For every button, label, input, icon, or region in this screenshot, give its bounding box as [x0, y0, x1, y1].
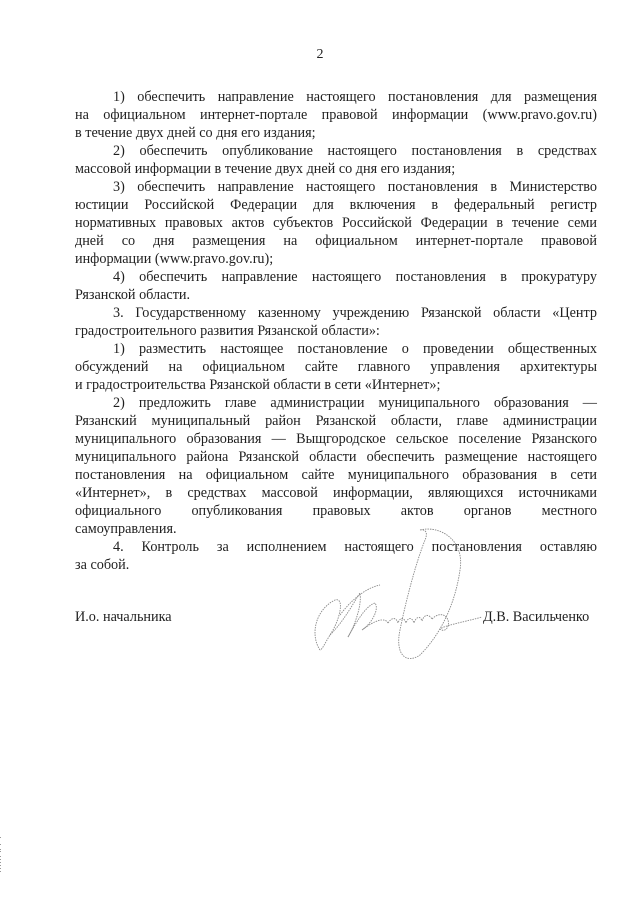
body-line: 3. Государственному казенному учреждению…	[113, 304, 597, 322]
body-line: 1) разместить настоящее постановление о …	[113, 340, 597, 358]
body-line: на официальном интернет-портале правовой…	[75, 106, 597, 124]
signatory-name: Д.В. Васильченко	[483, 608, 589, 626]
scan-artifact-marks	[0, 835, 2, 885]
body-line: Рязанской области.	[75, 286, 597, 304]
body-line: 1) обеспечить направление настоящего пос…	[113, 88, 597, 106]
body-line: массовой информации в течение двух дней …	[75, 160, 597, 178]
body-line: юстиции Российской Федерации для включен…	[75, 196, 597, 214]
body-line: и градостроительства Рязанской области в…	[75, 376, 597, 394]
body-line: 4) обеспечить направление настоящего пос…	[113, 268, 597, 286]
body-line: обсуждений на официальном сайте главного…	[75, 358, 597, 376]
body-line: информации (www.pravo.gov.ru);	[75, 250, 597, 268]
body-line: постановления на официальном сайте муниц…	[75, 466, 597, 484]
body-line: «Интернет», в средствах массовой информа…	[75, 484, 597, 502]
body-line: дней со дня размещения на официальном ин…	[75, 232, 597, 250]
signatory-title: И.о. начальника	[75, 608, 172, 626]
body-line: нормативных правовых актов субъектов Рос…	[75, 214, 597, 232]
body-line: градостроительного развития Рязанской об…	[75, 322, 597, 340]
body-line: 2) обеспечить опубликование настоящего п…	[113, 142, 597, 160]
page-number: 2	[0, 47, 640, 63]
body-line: в течение двух дней со дня его издания;	[75, 124, 597, 142]
body-line: муниципального образования — Выщгородско…	[75, 430, 597, 448]
body-line: Рязанский муниципальный район Рязанской …	[75, 412, 597, 430]
body-line: официального опубликования правовых акто…	[75, 502, 597, 520]
document-page: 2 1) обеспечить направление настоящего п…	[0, 0, 640, 905]
body-line: 3) обеспечить направление настоящего пос…	[113, 178, 597, 196]
body-line: 2) предложить главе администрации муници…	[113, 394, 597, 412]
body-line: муниципального района Рязанской области …	[75, 448, 597, 466]
handwritten-signature-icon	[300, 525, 500, 665]
